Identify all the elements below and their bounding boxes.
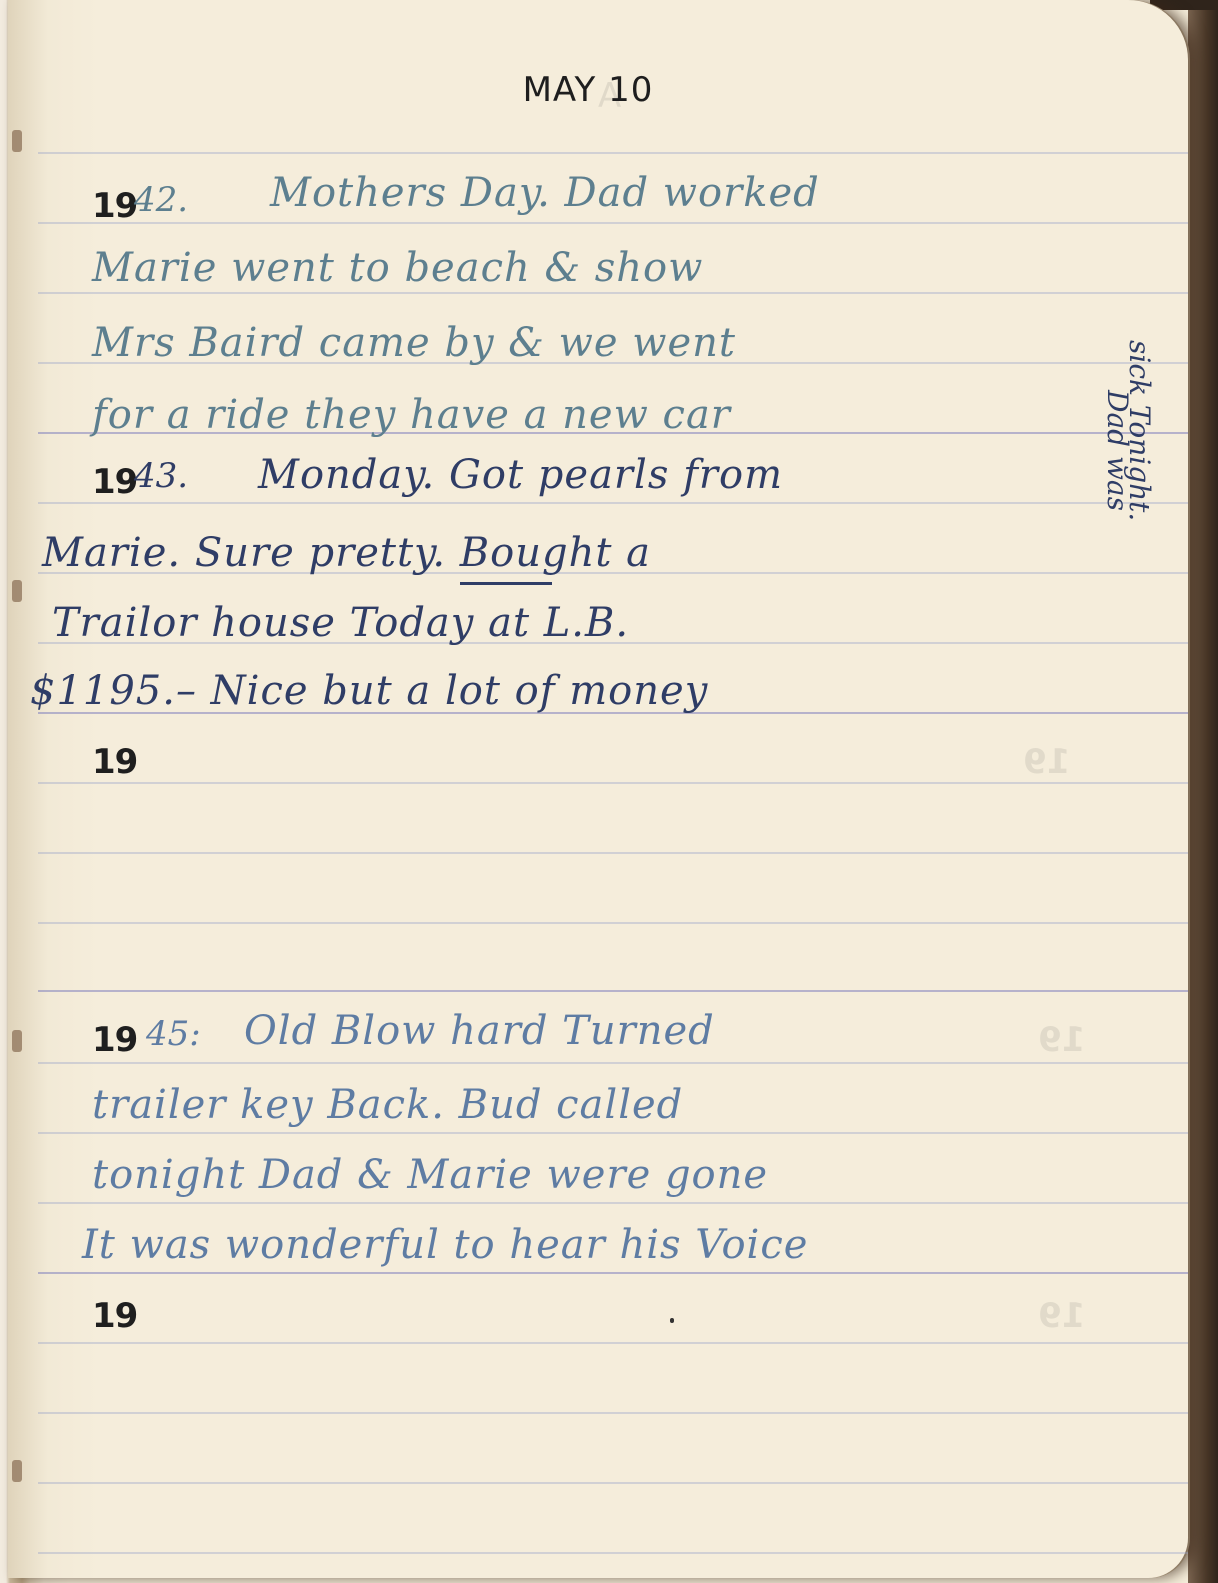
ruled-line — [38, 1552, 1188, 1554]
margin-note-line: Dad was — [1101, 390, 1134, 511]
binding-mark — [12, 130, 22, 152]
entry-line: $1195.– Nice but a lot of money — [30, 668, 708, 714]
date-header: MAY 10 — [8, 70, 1168, 110]
ruled-line — [38, 222, 1188, 224]
ruled-line — [38, 852, 1188, 854]
book-edge-shadow — [1188, 0, 1218, 1583]
entry-line: Old Blow hard Turned — [244, 1008, 715, 1054]
ruled-line — [38, 922, 1188, 924]
printed-year: 19 — [92, 462, 137, 502]
entry-line: Mrs Baird came by & we went — [92, 320, 736, 366]
printed-year: 19 — [92, 1296, 137, 1336]
ruled-line — [38, 502, 1188, 504]
ruled-line — [38, 292, 1188, 294]
printed-year: 19 — [92, 1020, 137, 1060]
ruled-line — [38, 1062, 1188, 1064]
diary-page: A MAY 10 19 19 19 19 42. Mothers Day. Da… — [8, 0, 1188, 1578]
entry-line: for a ride they have a new car — [92, 392, 731, 438]
ruled-line — [38, 990, 1188, 992]
entry-line: Mothers Day. Dad worked — [270, 170, 820, 216]
ruled-line — [38, 1412, 1188, 1414]
binding-mark — [12, 1030, 22, 1052]
ruled-line — [38, 1342, 1188, 1344]
margin-note: sick Tonight. Dad was — [1116, 330, 1176, 740]
printed-year: 19 — [92, 742, 137, 782]
ruled-line — [38, 1132, 1188, 1134]
ruled-line — [38, 152, 1188, 154]
bleed-through-year: 19 — [1038, 1296, 1085, 1336]
printed-year: 19 — [92, 186, 137, 226]
handwritten-year: 45: — [146, 1014, 201, 1054]
ruled-line — [38, 1482, 1188, 1484]
entry-line: tonight Dad & Marie were gone — [92, 1152, 768, 1198]
ruled-line — [38, 782, 1188, 784]
binding-mark — [12, 580, 22, 602]
handwritten-year: 43. — [134, 456, 188, 496]
entry-line: Marie went to beach & show — [92, 245, 703, 291]
underline-pretty — [460, 582, 552, 585]
ruled-line — [38, 1202, 1188, 1204]
entry-line: Marie. Sure pretty. Bought a — [42, 530, 651, 576]
entry-line: Trailor house Today at L.B. — [52, 600, 629, 646]
entry-line: It was wonderful to hear his Voice — [82, 1222, 808, 1268]
entry-line: Monday. Got pearls from — [258, 452, 783, 498]
ruled-line — [38, 1272, 1188, 1274]
bleed-through-year: 19 — [1023, 742, 1070, 782]
handwritten-year: 42. — [134, 180, 188, 220]
ink-speck — [670, 1318, 674, 1323]
entry-line: trailer key Back. Bud called — [92, 1082, 683, 1128]
bleed-through-year: 19 — [1038, 1020, 1085, 1060]
diary-scan: A MAY 10 19 19 19 19 42. Mothers Day. Da… — [0, 0, 1218, 1583]
binding-mark — [12, 1460, 22, 1482]
